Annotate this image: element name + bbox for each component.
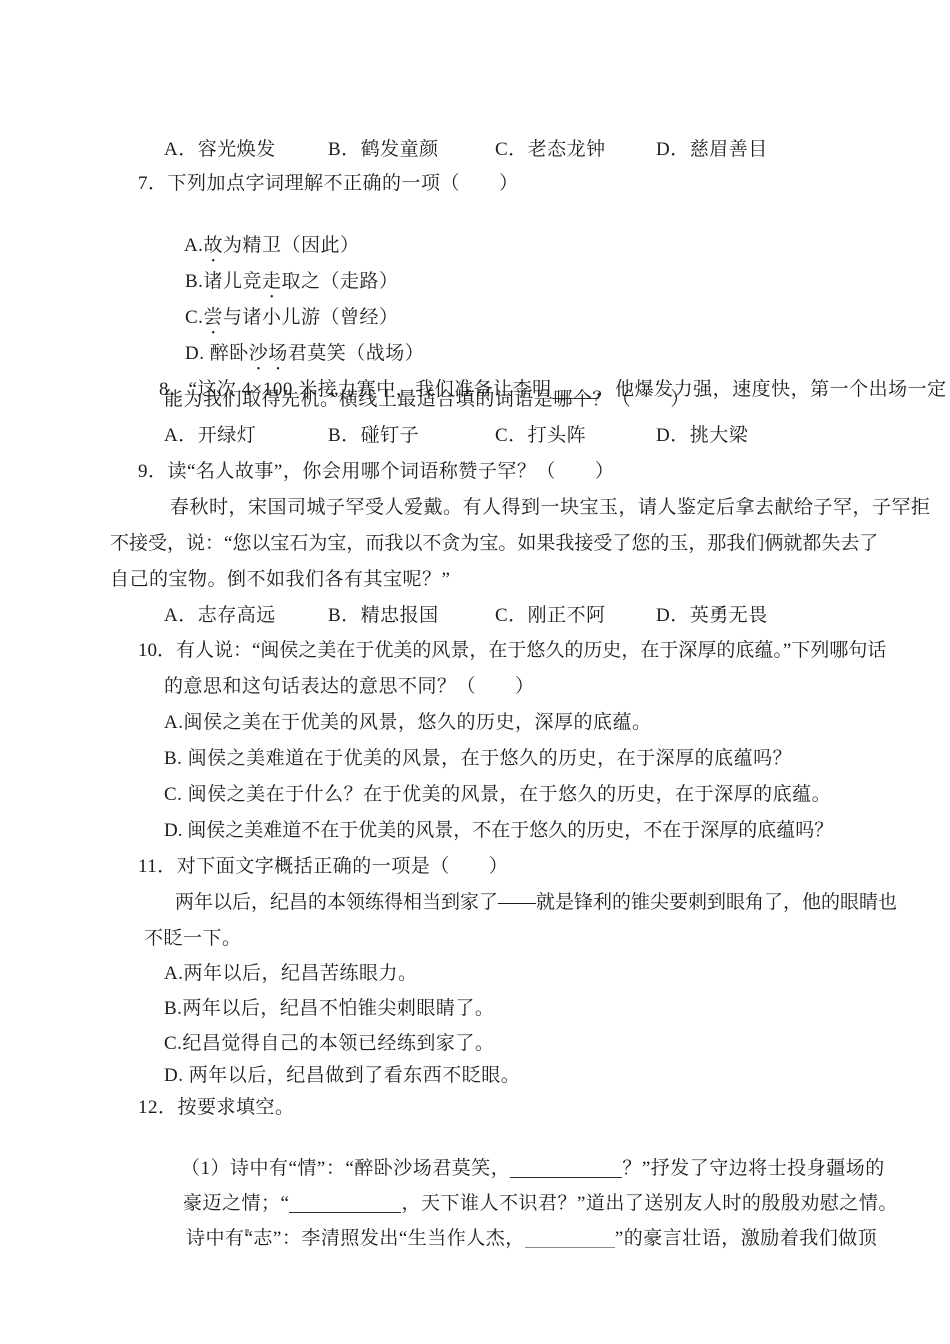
q10-option-c: C. 闽侯之美在于什么？在于优美的风景，在于悠久的历史，在于深厚的底蕴。 bbox=[164, 782, 831, 808]
q12-line3-post: ”的豪言壮语，激励着我们做顶 bbox=[615, 1228, 877, 1249]
q9-option-c: C．刚正不阿 bbox=[495, 603, 606, 629]
q12-line3: 诗中有“志”：李清照发出“生当作人杰，”的豪言壮语，激励着我们做顶 bbox=[165, 1200, 877, 1278]
q11-option-b: B.两年以后，纪昌不怕锥尖刺眼睛了。 bbox=[164, 996, 494, 1022]
q10-option-b: B. 闽侯之美难道在于优美的风景，在于悠久的历史，在于深厚的底蕴吗？ bbox=[164, 746, 792, 772]
q9-option-a: A．志存高远 bbox=[164, 603, 276, 629]
q12-line3-pre: 诗中有“志”：李清照发出“生当作人杰， bbox=[186, 1228, 525, 1249]
q8-option-b: B．碰钉子 bbox=[328, 423, 419, 449]
q6-option-a: A．容光焕发 bbox=[164, 137, 276, 163]
q11-option-c: C.纪昌觉得自己的本领已经练到家了。 bbox=[164, 1031, 494, 1057]
stray-mark bbox=[245, 1229, 249, 1233]
question-11-stem: 11．对下面文字概括正确的一项是（ ） bbox=[138, 854, 508, 880]
exam-document-page: A．容光焕发 B．鹤发童颜 C．老态龙钟 D．慈眉善目 7．下列加点字词理解不正… bbox=[0, 0, 950, 1344]
q9-option-d: D．英勇无畏 bbox=[656, 603, 768, 629]
q9-story-line3: 自己的宝物。倒不如我们各有其宝呢？” bbox=[110, 567, 450, 593]
question-8-stem-line2: 能为我们取得先机。”横线上最适合填的词语是哪个？（ ） bbox=[164, 387, 690, 413]
q11-option-a: A.两年以后，纪昌苦练眼力。 bbox=[164, 961, 417, 987]
question-9-stem: 9．读“名人故事”，你会用哪个词语称赞子罕？（ ） bbox=[138, 459, 614, 485]
q11-story-line1: 两年以后，纪昌的本领练得相当到家了——就是锋利的锥尖要刺到眼角了，他的眼睛也 bbox=[175, 890, 897, 916]
question-7-stem: 7．下列加点字词理解不正确的一项（ ） bbox=[138, 171, 519, 197]
q12-fill-blank-3 bbox=[525, 1231, 615, 1248]
q8-option-d: D．挑大梁 bbox=[656, 423, 748, 449]
question-12-stem: 12．按要求填空。 bbox=[138, 1095, 295, 1121]
q8-option-a: A．开绿灯 bbox=[164, 423, 256, 449]
q11-option-d: D. 两年以后，纪昌做到了看东西不眨眼。 bbox=[164, 1063, 520, 1089]
q6-option-b: B．鹤发童颜 bbox=[328, 137, 439, 163]
q11-story-line2: 不眨一下。 bbox=[144, 926, 242, 952]
q8-option-c: C．打头阵 bbox=[495, 423, 586, 449]
question-10-stem-line2: 的意思和这句话表达的意思不同？（ ） bbox=[164, 674, 535, 700]
q9-option-b: B．精忠报国 bbox=[328, 603, 439, 629]
q10-option-a: A.闽侯之美在于优美的风景，悠久的历史，深厚的底蕴。 bbox=[164, 710, 651, 736]
q9-story-line1: 春秋时，宋国司城子罕受人爱戴。有人得到一块宝玉，请人鉴定后拿去献给子罕，子罕拒 bbox=[170, 495, 931, 521]
q10-option-d: D. 闽侯之美难道不在于优美的风景，不在于悠久的历史，不在于深厚的底蕴吗？ bbox=[164, 818, 833, 844]
q6-option-c: C．老态龙钟 bbox=[495, 137, 606, 163]
q6-option-d: D．慈眉善目 bbox=[656, 137, 768, 163]
question-10-stem-line1: 10．有人说：“闽侯之美在于优美的风景，在于悠久的历史，在于深厚的底蕴。”下列哪… bbox=[138, 638, 886, 664]
q9-story-line2: 不接受，说：“您以宝石为宝，而我以不贪为宝。如果我接受了您的玉，那我们俩就都失去… bbox=[110, 531, 878, 557]
